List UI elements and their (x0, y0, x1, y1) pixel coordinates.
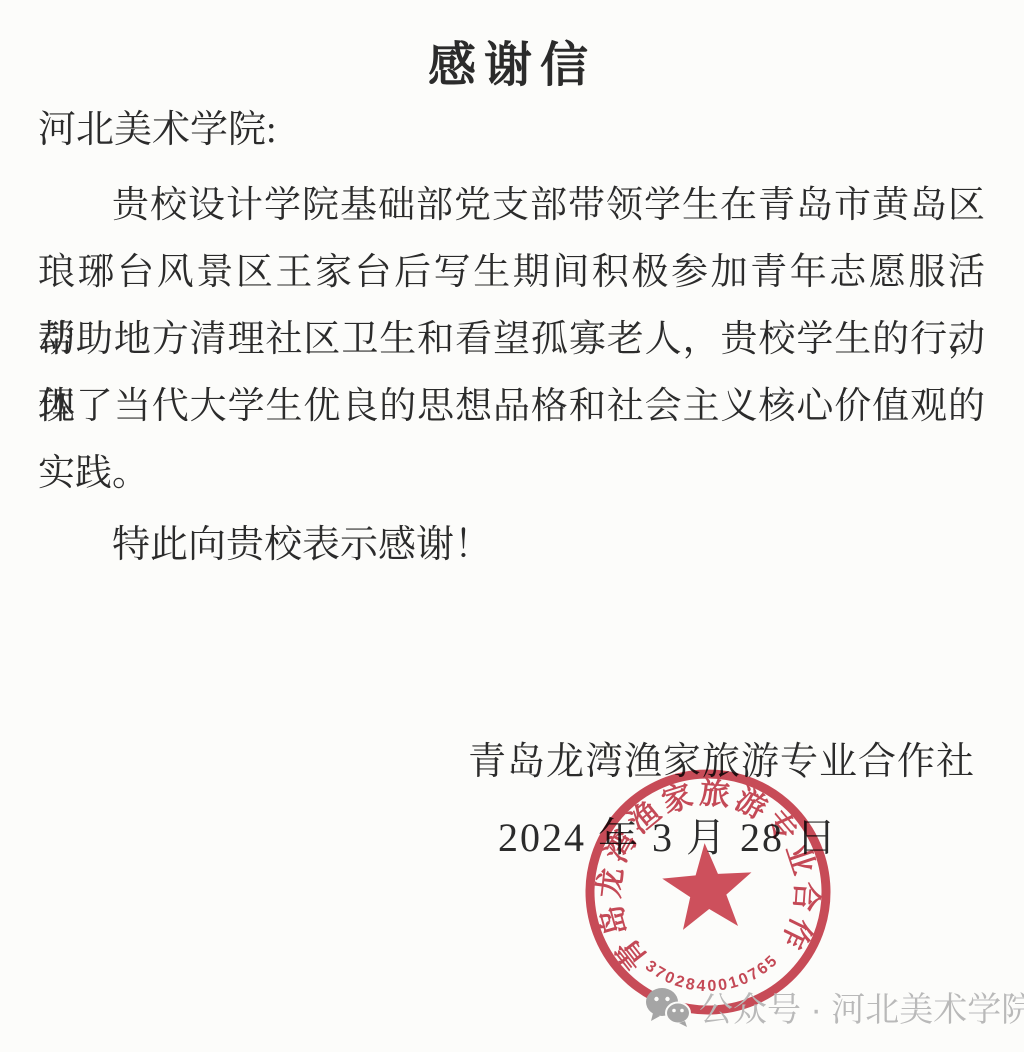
letter-page: 感谢信 河北美术学院: 贵校设计学院基础部党支部带领学生在青岛市黄岛区 琅琊台风… (0, 0, 1024, 1052)
thanks-line: 特此向贵校表示感谢！ (38, 512, 492, 579)
watermark: 公众号 · 河北美术学院 (645, 982, 1024, 1031)
salutation: 河北美术学院: (38, 104, 277, 156)
body-line-2: 琅琊台风景区王家台后写生期间积极参加青年志愿服活动， (38, 239, 985, 306)
body-line-1: 贵校设计学院基础部党支部带领学生在青岛市黄岛区 (38, 172, 985, 239)
watermark-text: 公众号 · 河北美术学院 (699, 982, 1024, 1031)
letter-body: 贵校设计学院基础部党支部带领学生在青岛市黄岛区 琅琊台风景区王家台后写生期间积极… (38, 172, 985, 507)
red-star-icon (660, 840, 755, 931)
letter-title: 感谢信 (0, 26, 1024, 95)
body-line-3: 帮助地方清理社区卫生和看望孤寡老人，贵校学生的行动体 (38, 306, 985, 373)
wechat-icon (645, 986, 691, 1028)
body-line-5: 实践。 (38, 440, 985, 507)
body-line-4: 现了当代大学生优良的思想品格和社会主义核心价值观的 (38, 373, 985, 440)
